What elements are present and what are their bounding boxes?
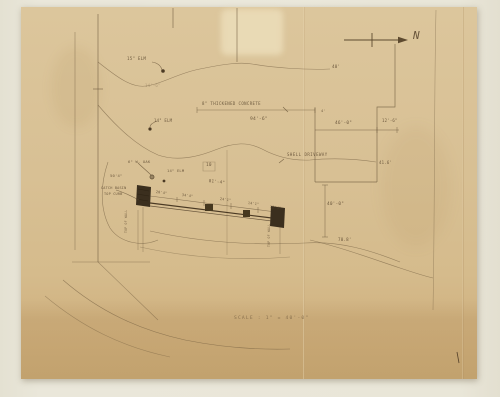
scale-note: SCALE : 1" = 40'-0" [234, 316, 309, 321]
contour-label-40: 40' [332, 65, 340, 70]
faint-dim-14-6: 14'-6" [145, 84, 161, 88]
scanned-site-plan-photo: { "scene": { "mount_color": "#e9e6d9", "… [0, 0, 500, 397]
wall-text-left: TOP OF WALL [125, 210, 129, 233]
spot-label-10: 10 [206, 164, 212, 169]
tree-label-elm-14a: 14" ELM [154, 119, 172, 123]
tree-label-oak: 6" W. OAK [128, 160, 150, 164]
spot-41-6: 41.6' [379, 161, 392, 165]
wall-text-right: TOP OF WALL [268, 224, 272, 247]
spot-70-8: 70.8' [338, 238, 352, 243]
wall-dim-2: 34'4" [182, 194, 194, 199]
wall-dim-1: 20'4" [156, 191, 168, 196]
mount-board: N15" ELM14'-6"8" THICKENED CONCRETE94'-6… [0, 0, 500, 397]
dim-94-6: 94'-6" [250, 117, 268, 122]
wall-dim-5: 12'4" [270, 206, 282, 211]
drawing-paper: N15" ELM14'-6"8" THICKENED CONCRETE94'-6… [21, 7, 477, 379]
catch-basin-note-2: TOP CURB [104, 193, 122, 197]
north-label: N [413, 30, 420, 42]
dim-12-6: 12'-6" [382, 119, 398, 123]
dim-40-0: 40'-0" [327, 203, 344, 208]
driveway-spec-note: 8" THICKENED CONCRETE [202, 102, 261, 106]
driveway-label: SHELL DRIVEWAY [287, 153, 328, 157]
tree-label-elm-14b: 14" ELM [167, 169, 184, 173]
catch-basin-note-1: CATCH BASIN [101, 187, 126, 191]
tree-label-elm-15: 15" ELM [127, 57, 146, 62]
annotation-layer: N15" ELM14'-6"8" THICKENED CONCRETE94'-6… [21, 7, 477, 379]
spot-4: 4' [321, 110, 326, 114]
wall-total-dim: 81'-4" [208, 179, 225, 186]
wall-dim-4: 14'1" [248, 202, 260, 207]
dim-46-0: 46'-0" [335, 122, 352, 127]
dim-50-4: 50'4" [110, 174, 122, 178]
wall-dim-3: 24'1" [220, 198, 232, 203]
